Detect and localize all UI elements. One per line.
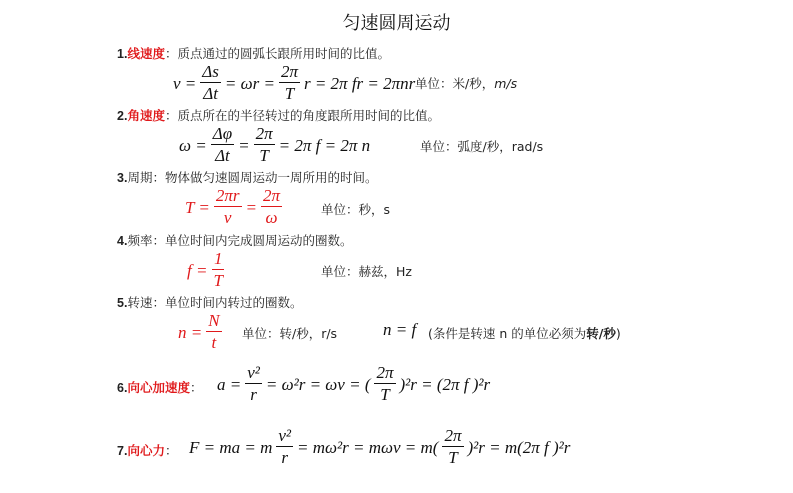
fraction: ΔsΔt: [199, 62, 222, 105]
numerator: Δs: [200, 62, 221, 83]
unit-value: m/s: [494, 76, 517, 91]
section-2-unit: 单位：弧度/秒，rad/s: [420, 137, 543, 155]
formula-lhs: T =: [184, 198, 211, 218]
section-description: 质点通过的圆弧长跟所用时间的比值。: [177, 46, 390, 61]
linear-velocity-formula: v = ΔsΔt = ωr = 2πT r = 2π fr = 2πnr: [172, 62, 416, 105]
section-term: 线速度: [127, 46, 165, 61]
section-term: 向心力: [127, 443, 165, 458]
formula-mid: = mω²r = mωv = m(: [296, 438, 439, 458]
section-3-unit: 单位：秒，s: [321, 200, 390, 218]
numerator: 2π: [261, 186, 282, 207]
section-5-heading: 5.转速：单位时间内转过的圈数。: [117, 293, 302, 311]
denominator: T: [446, 447, 459, 469]
section-description: 单位时间内完成圆周运动的圈数。: [165, 233, 353, 248]
numerator: 2π: [279, 62, 300, 83]
section-2-heading: 2.角速度：质点所在的半径转过的角度跟所用时间的比值。: [117, 106, 440, 124]
numerator: Δφ: [211, 124, 234, 145]
formula-tail: = 2π f = 2π n: [278, 136, 371, 156]
section-number: 1.: [117, 47, 127, 61]
denominator: T: [378, 384, 391, 406]
numerator: N: [206, 311, 221, 332]
centripetal-acceleration-formula: a = v²r = ω²r = ωv = ( 2πT )²r = (2π f )…: [216, 363, 491, 406]
formula-lhs: f =: [186, 261, 208, 281]
fraction: 2πT: [253, 124, 276, 167]
formula-lhs: n =: [177, 323, 203, 343]
denominator: v: [222, 207, 234, 229]
fraction: 2πT: [278, 62, 301, 105]
section-5-unit: 单位：转/秒，r/s: [242, 324, 337, 342]
note-emphasis: 转/秒: [586, 326, 616, 341]
section-number: 5.: [117, 296, 127, 310]
section-description: 质点所在的半径转过的角度跟所用时间的比值。: [177, 108, 440, 123]
section-number: 4.: [117, 234, 127, 248]
section-term: 角速度: [127, 108, 165, 123]
numerator: v²: [276, 426, 293, 447]
section-7-heading: 7.向心力：: [117, 441, 177, 459]
colon: ：: [165, 108, 178, 123]
numerator: 2π: [254, 124, 275, 145]
formula-tail: )²r = m(2π f )²r: [467, 438, 572, 458]
fraction: Nt: [205, 311, 222, 354]
fraction: 1T: [210, 249, 225, 292]
section-1-heading: 1.线速度：质点通过的圆弧长跟所用时间的比值。: [117, 44, 390, 62]
rotation-frequency-relation: n = f: [383, 320, 416, 340]
fraction: 2πω: [260, 186, 283, 229]
note-text: (条件是转速 n 的单位必须为: [428, 326, 586, 341]
colon: ：: [152, 233, 165, 248]
fraction: v²r: [244, 363, 263, 406]
formula-lhs: F = ma = m: [188, 438, 273, 458]
formula-mid: =: [245, 198, 258, 218]
angular-velocity-formula: ω = ΔφΔt = 2πT = 2π f = 2π n: [178, 124, 371, 167]
formula-lhs: ω =: [178, 136, 208, 156]
denominator: ω: [264, 207, 280, 229]
section-5-note: (条件是转速 n 的单位必须为转/秒): [428, 324, 621, 342]
formula-mid: = ωr =: [224, 74, 276, 94]
centripetal-force-formula: F = ma = m v²r = mω²r = mωv = m( 2πT )²r…: [188, 426, 571, 469]
period-formula: T = 2πrv = 2πω: [184, 186, 285, 229]
note-text-end: ): [616, 326, 621, 341]
section-3-heading: 3.周期：物体做匀速圆周运动一周所用的时间。: [117, 168, 377, 186]
unit-label: 单位：米/秒，: [415, 76, 494, 91]
fraction: 2πrv: [213, 186, 243, 229]
denominator: r: [279, 447, 290, 469]
fraction: 2πT: [441, 426, 464, 469]
fraction: ΔφΔt: [210, 124, 235, 167]
formula-tail: r = 2π fr = 2πnr: [303, 74, 416, 94]
denominator: r: [248, 384, 259, 406]
section-term: 转速: [127, 295, 152, 310]
denominator: Δt: [213, 145, 232, 167]
page-title: 匀速圆周运动: [0, 9, 793, 35]
rotation-speed-formula: n = Nt: [177, 311, 225, 354]
denominator: T: [211, 270, 224, 292]
section-description: 物体做匀速圆周运动一周所用的时间。: [165, 170, 378, 185]
section-description: 单位时间内转过的圈数。: [165, 295, 303, 310]
fraction: 2πT: [373, 363, 396, 406]
denominator: Δt: [201, 83, 220, 105]
colon: ：: [152, 170, 165, 185]
formula-lhs: a =: [216, 375, 242, 395]
section-number: 6.: [117, 381, 127, 395]
section-1-unit: 单位：米/秒，m/s: [415, 74, 517, 92]
section-number: 2.: [117, 109, 127, 123]
denominator: T: [283, 83, 296, 105]
section-number: 7.: [117, 444, 127, 458]
formula-tail: )²r = (2π f )²r: [399, 375, 492, 395]
section-term: 频率: [127, 233, 152, 248]
colon: ：: [152, 295, 165, 310]
colon: ：: [165, 443, 178, 458]
section-6-heading: 6.向心加速度：: [117, 378, 202, 396]
numerator: 1: [212, 249, 225, 270]
numerator: 2πr: [214, 186, 242, 207]
fraction: v²r: [275, 426, 294, 469]
colon: ：: [165, 46, 178, 61]
formula-mid: =: [237, 136, 250, 156]
formula-lhs: v =: [172, 74, 197, 94]
section-term: 周期: [127, 170, 152, 185]
formula-mid: = ω²r = ωv = (: [265, 375, 372, 395]
denominator: t: [210, 332, 219, 354]
frequency-formula: f = 1T: [186, 249, 228, 292]
colon: ：: [190, 380, 203, 395]
section-4-heading: 4.频率：单位时间内完成圆周运动的圈数。: [117, 231, 352, 249]
numerator: 2π: [374, 363, 395, 384]
section-number: 3.: [117, 171, 127, 185]
numerator: v²: [245, 363, 262, 384]
denominator: T: [257, 145, 270, 167]
section-term: 向心加速度: [127, 380, 190, 395]
section-4-unit: 单位：赫兹，Hz: [321, 262, 412, 280]
numerator: 2π: [442, 426, 463, 447]
